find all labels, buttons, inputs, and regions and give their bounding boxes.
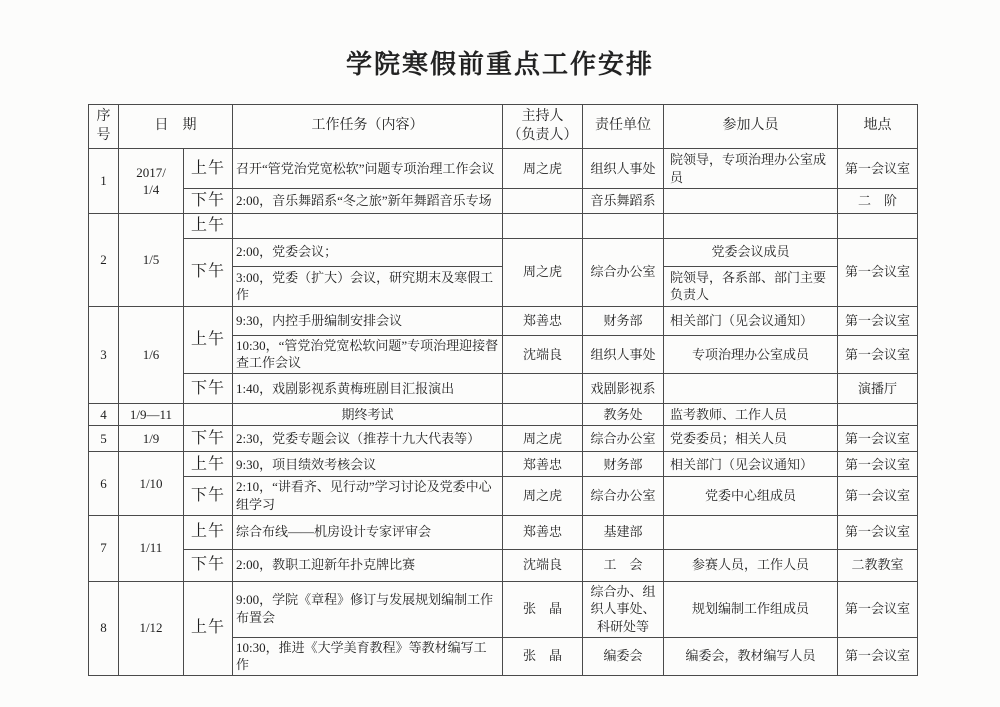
cell-participants: 相关部门（见会议通知） [664, 452, 838, 477]
cell-date: 1/9 [119, 426, 184, 452]
header-task: 工作任务（内容） [233, 105, 503, 149]
cell-no: 2 [89, 214, 119, 307]
cell-unit: 组织人事处 [583, 149, 664, 189]
cell-date: 1/10 [119, 452, 184, 515]
cell-unit: 工 会 [583, 549, 664, 581]
cell-unit: 财务部 [583, 452, 664, 477]
cell-participants: 参赛人员，工作人员 [664, 549, 838, 581]
scanned-document-page: 学院寒假前重点工作安排 序号 日 期 工作任务（内容） 主持人 （负责人） 责任… [0, 0, 1000, 707]
cell-task: 综合布线——机房设计专家评审会 [233, 515, 503, 549]
cell-host: 沈端良 [503, 549, 583, 581]
cell-participants: 编委会，教材编写人员 [664, 637, 838, 675]
header-no: 序号 [89, 105, 119, 149]
header-date: 日 期 [119, 105, 233, 149]
cell-location: 第一会议室 [838, 238, 918, 306]
cell-participants: 专项治理办公室成员 [664, 335, 838, 373]
cell-participants [664, 189, 838, 214]
cell-location [838, 403, 918, 426]
cell-time: 上午 [184, 452, 233, 477]
cell-location [838, 214, 918, 239]
cell-unit: 综合办公室 [583, 238, 664, 306]
cell-unit: 综合办公室 [583, 477, 664, 515]
table-row: 2 1/5 上午 [89, 214, 918, 239]
cell-host: 周之虎 [503, 238, 583, 306]
cell-host: 张 晶 [503, 637, 583, 675]
cell-location: 演播厅 [838, 373, 918, 403]
table-row: 8 1/12 上午 9:00，学院《章程》修订与发展规划编制工作布置会 张 晶 … [89, 581, 918, 637]
cell-date: 1/9—11 [119, 403, 184, 426]
cell-task: 9:30，项目绩效考核会议 [233, 452, 503, 477]
cell-no: 8 [89, 581, 119, 675]
cell-no: 5 [89, 426, 119, 452]
cell-location: 第一会议室 [838, 306, 918, 335]
header-host: 主持人 （负责人） [503, 105, 583, 149]
table-row: 3 1/6 上午 9:30，内控手册编制安排会议 郑善忠 财务部 相关部门（见会… [89, 306, 918, 335]
table-row: 下午 2:10，“讲看齐、见行动”学习讨论及党委中心组学习 周之虎 综合办公室 … [89, 477, 918, 515]
table-row: 5 1/9 下午 2:30，党委专题会议（推荐十九大代表等） 周之虎 综合办公室… [89, 426, 918, 452]
document-title: 学院寒假前重点工作安排 [0, 44, 1000, 81]
cell-task [233, 214, 503, 239]
table-row: 4 1/9—11 期终考试 教务处 监考教师、工作人员 [89, 403, 918, 426]
cell-time: 下午 [184, 238, 233, 306]
cell-no: 7 [89, 515, 119, 581]
cell-location: 二教教室 [838, 549, 918, 581]
cell-host: 郑善忠 [503, 452, 583, 477]
cell-no: 6 [89, 452, 119, 515]
cell-unit: 综合办、组织人事处、科研处等 [583, 581, 664, 637]
cell-participants: 院领导，专项治理办公室成员 [664, 149, 838, 189]
schedule-table: 序号 日 期 工作任务（内容） 主持人 （负责人） 责任单位 参加人员 地点 1… [88, 104, 918, 676]
cell-participants: 党委中心组成员 [664, 477, 838, 515]
cell-task: 2:00，党委会议； [233, 238, 503, 266]
cell-task: 2:00，教职工迎新年扑克牌比赛 [233, 549, 503, 581]
cell-task: 召开“管党治党宽松软”问题专项治理工作会议 [233, 149, 503, 189]
cell-task: 1:40，戏剧影视系黄梅班剧目汇报演出 [233, 373, 503, 403]
cell-task: 10:30，“管党治党宽松软问题”专项治理迎接督查工作会议 [233, 335, 503, 373]
cell-host: 张 晶 [503, 581, 583, 637]
cell-time: 下午 [184, 549, 233, 581]
cell-task: 2:10，“讲看齐、见行动”学习讨论及党委中心组学习 [233, 477, 503, 515]
cell-unit: 教务处 [583, 403, 664, 426]
cell-host: 周之虎 [503, 477, 583, 515]
cell-date: 1/11 [119, 515, 184, 581]
cell-location: 第一会议室 [838, 581, 918, 637]
table-row: 1 2017/ 1/4 上午 召开“管党治党宽松软”问题专项治理工作会议 周之虎… [89, 149, 918, 189]
cell-unit: 财务部 [583, 306, 664, 335]
cell-host [503, 214, 583, 239]
table-row: 7 1/11 上午 综合布线——机房设计专家评审会 郑善忠 基建部 第一会议室 [89, 515, 918, 549]
cell-participants: 监考教师、工作人员 [664, 403, 838, 426]
cell-time: 下午 [184, 426, 233, 452]
cell-task: 2:30，党委专题会议（推荐十九大代表等） [233, 426, 503, 452]
cell-location: 第一会议室 [838, 515, 918, 549]
cell-time: 下午 [184, 373, 233, 403]
cell-task: 2:00，音乐舞蹈系“冬之旅”新年舞蹈音乐专场 [233, 189, 503, 214]
cell-task: 3:00，党委（扩大）会议，研究期末及寒假工作 [233, 266, 503, 306]
cell-participants [664, 214, 838, 239]
cell-unit: 音乐舞蹈系 [583, 189, 664, 214]
cell-time [184, 403, 233, 426]
cell-unit: 组织人事处 [583, 335, 664, 373]
cell-host [503, 373, 583, 403]
table-row: 下午 2:00，党委会议； 周之虎 综合办公室 党委会议成员 第一会议室 [89, 238, 918, 266]
header-location: 地点 [838, 105, 918, 149]
cell-time: 下午 [184, 189, 233, 214]
cell-unit: 基建部 [583, 515, 664, 549]
header-unit: 责任单位 [583, 105, 664, 149]
cell-time: 上午 [184, 306, 233, 373]
cell-date: 1/12 [119, 581, 184, 675]
cell-host [503, 403, 583, 426]
cell-participants: 规划编制工作组成员 [664, 581, 838, 637]
cell-time: 上午 [184, 581, 233, 675]
cell-host: 郑善忠 [503, 515, 583, 549]
header-participants: 参加人员 [664, 105, 838, 149]
cell-participants [664, 373, 838, 403]
cell-unit: 编委会 [583, 637, 664, 675]
cell-host: 周之虎 [503, 426, 583, 452]
cell-date: 2017/ 1/4 [119, 149, 184, 214]
cell-host: 周之虎 [503, 149, 583, 189]
cell-location: 第一会议室 [838, 452, 918, 477]
cell-location: 第一会议室 [838, 426, 918, 452]
cell-no: 1 [89, 149, 119, 214]
cell-time: 下午 [184, 477, 233, 515]
cell-host: 沈端良 [503, 335, 583, 373]
cell-task: 期终考试 [233, 403, 503, 426]
cell-host: 郑善忠 [503, 306, 583, 335]
cell-participants: 院领导，各系部、部门主要负责人 [664, 266, 838, 306]
table-row: 6 1/10 上午 9:30，项目绩效考核会议 郑善忠 财务部 相关部门（见会议… [89, 452, 918, 477]
cell-task: 9:30，内控手册编制安排会议 [233, 306, 503, 335]
cell-unit [583, 214, 664, 239]
cell-task: 10:30，推进《大学美育教程》等教材编写工作 [233, 637, 503, 675]
cell-location: 第一会议室 [838, 477, 918, 515]
cell-time: 上午 [184, 149, 233, 189]
cell-no: 3 [89, 306, 119, 403]
table-header-row: 序号 日 期 工作任务（内容） 主持人 （负责人） 责任单位 参加人员 地点 [89, 105, 918, 149]
cell-host [503, 189, 583, 214]
cell-date: 1/5 [119, 214, 184, 307]
cell-time: 上午 [184, 515, 233, 549]
cell-task: 9:00，学院《章程》修订与发展规划编制工作布置会 [233, 581, 503, 637]
table-row: 下午 1:40，戏剧影视系黄梅班剧目汇报演出 戏剧影视系 演播厅 [89, 373, 918, 403]
cell-location: 二 阶 [838, 189, 918, 214]
cell-date: 1/6 [119, 306, 184, 403]
table-row: 下午 2:00，教职工迎新年扑克牌比赛 沈端良 工 会 参赛人员，工作人员 二教… [89, 549, 918, 581]
cell-time: 上午 [184, 214, 233, 239]
cell-location: 第一会议室 [838, 149, 918, 189]
cell-participants: 党委委员；相关人员 [664, 426, 838, 452]
table-row: 下午 2:00，音乐舞蹈系“冬之旅”新年舞蹈音乐专场 音乐舞蹈系 二 阶 [89, 189, 918, 214]
cell-unit: 戏剧影视系 [583, 373, 664, 403]
cell-participants [664, 515, 838, 549]
cell-location: 第一会议室 [838, 335, 918, 373]
cell-location: 第一会议室 [838, 637, 918, 675]
cell-participants: 相关部门（见会议通知） [664, 306, 838, 335]
cell-unit: 综合办公室 [583, 426, 664, 452]
cell-no: 4 [89, 403, 119, 426]
cell-participants: 党委会议成员 [664, 238, 838, 266]
